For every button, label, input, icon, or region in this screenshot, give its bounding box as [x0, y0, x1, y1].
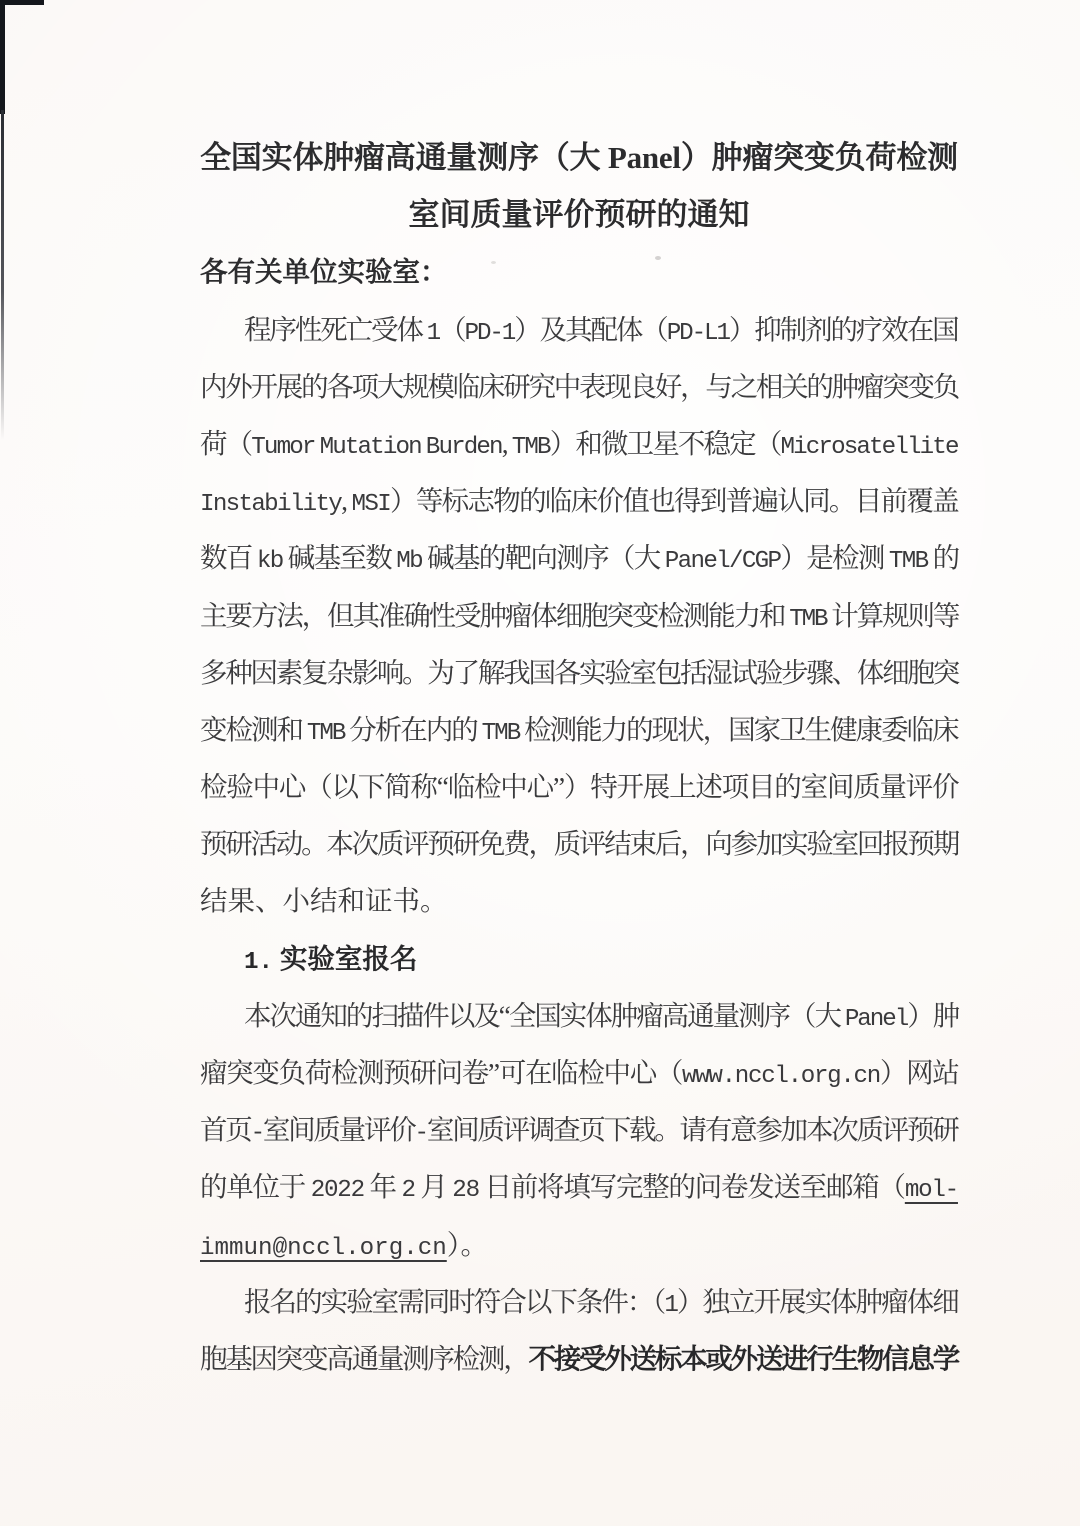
- document-title-line2: 室间质量评价预研的通知: [200, 186, 958, 243]
- document-title-line1: 全国实体肿瘤高通量测序（大 Panel）肿瘤突变负荷检测: [200, 129, 958, 186]
- text-line: 数百 kb 碱基至数 Mb 碱基的靶向测序（大 Panel/CGP）是检测 TM…: [200, 529, 958, 586]
- latin-text: Panel/CGP: [665, 548, 781, 575]
- latin-text: -: [415, 1120, 427, 1147]
- latin-text: Mutation: [320, 434, 421, 461]
- text-line: Instability, MSI）等标志物的临床价值也得到普遍认同。目前覆盖: [200, 472, 958, 529]
- document-page: 全国实体肿瘤高通量测序（大 Panel）肿瘤突变负荷检测 室间质量评价预研的通知…: [0, 0, 1080, 1526]
- text-segment: 检验中心（以下简称“临检中心”）特开展上述项目的室间质量评价: [200, 771, 958, 802]
- latin-text: Tumor: [251, 434, 314, 461]
- text-line: 内外开展的各项大规模临床研究中表现良好，与之相关的肿瘤突变负: [200, 358, 958, 415]
- document-body: 程序性死亡受体 1（PD-1）及其配体（PD-L1）抑制剂的疗效在国内外开展的各…: [200, 301, 958, 1388]
- text-line: 瘤突变负荷检测预研问卷”可在临检中心（www.nccl.org.cn）网站: [200, 1044, 958, 1101]
- text-segment: 内外开展的各项大规模临床研究中表现良好，与之相关的肿瘤突变负: [200, 371, 958, 402]
- latin-text: 2022: [311, 1177, 364, 1204]
- text-segment: 胞基因突变高通量测序检测，: [200, 1343, 528, 1374]
- text-line: 首页-室间质量评价-室间质评调查页下载。请有意参加本次质评预研: [200, 1101, 958, 1158]
- latin-text: TMB: [889, 548, 928, 575]
- text-segment: ）。: [447, 1229, 488, 1260]
- text-segment: Instability, MSI）等标志物的临床价值也得到普遍认同。目前覆盖: [200, 485, 958, 516]
- text-segment: 报名的实验室需同时符合以下条件：（1）独立开展实体肿瘤体细: [244, 1286, 958, 1317]
- emphasis-text: 1. 实验室报名: [244, 943, 417, 974]
- text-segment: 数百 kb 碱基至数 Mb 碱基的靶向测序（大 Panel/CGP）是检测 TM…: [200, 542, 958, 573]
- email-text: immun@nccl.org.cn: [200, 1229, 447, 1260]
- latin-text: TMB: [789, 606, 826, 633]
- latin-text: TMB: [482, 720, 520, 747]
- text-line: 变检测和 TMB 分析在内的 TMB 检测能力的现状，国家卫生健康委临床: [200, 701, 958, 758]
- latin-text: TMB: [512, 434, 550, 461]
- latin-text: 2: [401, 1177, 414, 1204]
- latin-text: Panel: [845, 1006, 907, 1033]
- text-segment: 预研活动。本次质评预研免费，质评结束后，向参加实验室回报预期: [200, 828, 958, 859]
- latin-text: immun@nccl.org.cn: [200, 1235, 447, 1262]
- text-line: 预研活动。本次质评预研免费，质评结束后，向参加实验室回报预期: [200, 815, 958, 872]
- text-line: 多种因素复杂影响。为了解我国各实验室包括湿试验步骤、体细胞突: [200, 644, 958, 701]
- text-line: 检验中心（以下简称“临检中心”）特开展上述项目的室间质量评价: [200, 758, 958, 815]
- text-line: 荷（Tumor Mutation Burden, TMB）和微卫星不稳定（Mic…: [200, 415, 958, 472]
- scan-artifact-left-line: [1, 110, 4, 440]
- text-segment: 首页-室间质量评价-室间质评调查页下载。请有意参加本次质评预研: [200, 1114, 958, 1145]
- text-segment: 结果、小结和证书。: [200, 885, 448, 916]
- latin-text: -: [251, 1120, 263, 1147]
- latin-text: 28: [452, 1177, 479, 1204]
- text-line: 的单位于 2022 年 2 月 28 日前将填写完整的问卷发送至邮箱（mol-: [200, 1158, 958, 1215]
- text-line: 本次通知的扫描件以及“全国实体肿瘤高通量测序（大 Panel）肿: [200, 987, 958, 1044]
- text-line: 胞基因突变高通量测序检测，不接受外送标本或外送进行生物信息学: [200, 1330, 958, 1387]
- latin-text: PD-L1: [667, 320, 729, 347]
- latin-text: TMB: [307, 720, 345, 747]
- text-segment: 瘤突变负荷检测预研问卷”可在临检中心（www.nccl.org.cn）网站: [200, 1057, 958, 1088]
- text-segment: 的单位于 2022 年 2 月 28 日前将填写完整的问卷发送至邮箱（: [200, 1171, 905, 1202]
- section-heading: 1. 实验室报名: [200, 930, 958, 987]
- text-line: 报名的实验室需同时符合以下条件：（1）独立开展实体肿瘤体细: [200, 1273, 958, 1330]
- scan-artifact-top-bar: [0, 0, 44, 5]
- latin-text: PD-1: [465, 320, 515, 347]
- text-segment: 变检测和 TMB 分析在内的 TMB 检测能力的现状，国家卫生健康委临床: [200, 714, 958, 745]
- text-segment: 多种因素复杂影响。为了解我国各实验室包括湿试验步骤、体细胞突: [200, 657, 958, 688]
- latin-text: www.nccl.org.cn: [682, 1063, 880, 1090]
- latin-text: mol-: [905, 1177, 958, 1204]
- text-segment: 本次通知的扫描件以及“全国实体肿瘤高通量测序（大 Panel）肿: [244, 1000, 958, 1031]
- salutation: 各有关单位实验室：: [200, 243, 958, 300]
- email-text: mol-: [905, 1171, 958, 1202]
- latin-text: 1: [664, 1292, 677, 1319]
- text-segment: 主要方法，但其准确性受肿瘤体细胞突变检测能力和 TMB 计算规则等: [200, 600, 958, 631]
- text-segment: 程序性死亡受体 1（PD-1）及其配体（PD-L1）抑制剂的疗效在国: [244, 314, 958, 345]
- latin-text: 1: [427, 320, 439, 347]
- latin-text: Burden: [426, 434, 502, 461]
- scan-artifact-left-bar: [0, 0, 5, 114]
- text-segment: 荷（Tumor Mutation Burden, TMB）和微卫星不稳定（Mic…: [200, 428, 958, 459]
- text-line: 结果、小结和证书。: [200, 872, 958, 929]
- emphasis-text: 不接受外送标本或外送进行生物信息学: [528, 1343, 958, 1374]
- text-line: immun@nccl.org.cn）。: [200, 1216, 958, 1273]
- latin-text: kb: [257, 548, 283, 575]
- text-line: 主要方法，但其准确性受肿瘤体细胞突变检测能力和 TMB 计算规则等: [200, 587, 958, 644]
- latin-text: MSI: [352, 491, 391, 518]
- latin-text: Instability: [200, 491, 341, 518]
- document-content: 全国实体肿瘤高通量测序（大 Panel）肿瘤突变负荷检测 室间质量评价预研的通知…: [200, 129, 958, 1387]
- latin-text: Microsatellite: [780, 434, 957, 461]
- latin-text: 1.: [244, 949, 273, 976]
- text-line: 程序性死亡受体 1（PD-1）及其配体（PD-L1）抑制剂的疗效在国: [200, 301, 958, 358]
- latin-text: Mb: [396, 548, 422, 575]
